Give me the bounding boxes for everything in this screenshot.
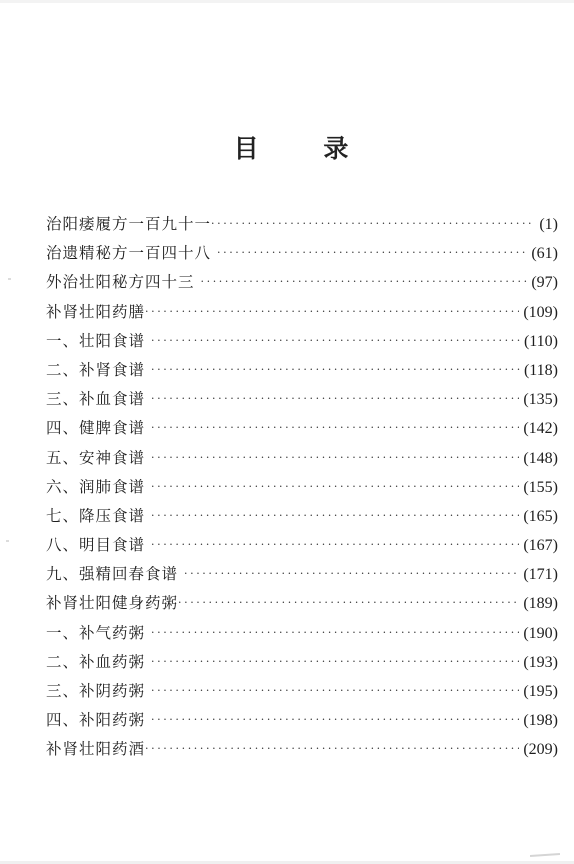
toc-entry-label: 补肾壮阳健身药粥 [46, 589, 178, 618]
leader-dots [211, 209, 535, 238]
toc-entry-label: 三、补阴药粥 [46, 677, 151, 706]
toc-entry[interactable]: 三、补阴药粥 (195) [46, 677, 558, 706]
toc-entry[interactable]: 治阳痿履方一百九十一 (1) [46, 210, 558, 239]
toc-entry[interactable]: 补肾壮阳药膳 (109) [46, 298, 558, 327]
leader-dots [184, 559, 519, 588]
scan-speck [8, 278, 11, 280]
toc-entry-page: (148) [523, 444, 558, 473]
toc-entry-label: 九、强精回春食谱 [46, 560, 184, 589]
table-of-contents: 治阳痿履方一百九十一 (1) 治遗精秘方一百四十八 (61) 外治壮阳秘方四十三… [46, 210, 558, 765]
toc-entry-page: (142) [523, 414, 558, 443]
toc-entry[interactable]: 外治壮阳秘方四十三 (97) [46, 268, 558, 297]
toc-entry[interactable]: 五、安神食谱 (148) [46, 444, 558, 473]
toc-entry[interactable]: 八、明目食谱 (167) [46, 531, 558, 560]
toc-entry-page: (209) [523, 735, 558, 764]
toc-entry[interactable]: 七、降压食谱 (165) [46, 502, 558, 531]
toc-entry-page: (97) [531, 268, 558, 297]
toc-entry-label: 五、安神食谱 [46, 444, 151, 473]
toc-entry-page: (190) [523, 619, 558, 648]
toc-entry-label: 三、补血食谱 [46, 385, 151, 414]
leader-dots [151, 326, 520, 355]
toc-entry-page: (118) [524, 356, 558, 385]
toc-entry-label: 治阳痿履方一百九十一 [46, 210, 211, 239]
toc-entry-label: 一、壮阳食谱 [46, 327, 151, 356]
leader-dots [151, 530, 519, 559]
leader-dots [151, 384, 519, 413]
toc-entry-label: 二、补血药粥 [46, 648, 151, 677]
toc-entry-page: (167) [523, 531, 558, 560]
toc-entry[interactable]: 三、补血食谱 (135) [46, 385, 558, 414]
toc-entry-page: (61) [531, 239, 558, 268]
toc-entry[interactable]: 六、润肺食谱 (155) [46, 473, 558, 502]
toc-entry[interactable]: 一、壮阳食谱 (110) [46, 327, 558, 356]
toc-entry-page: (171) [523, 560, 558, 589]
toc-entry-page: (1) [539, 210, 558, 239]
toc-entry[interactable]: 九、强精回春食谱 (171) [46, 560, 558, 589]
toc-entry[interactable]: 四、健脾食谱 (142) [46, 414, 558, 443]
toc-entry[interactable]: 二、补血药粥 (193) [46, 648, 558, 677]
toc-entry[interactable]: 一、补气药粥 (190) [46, 619, 558, 648]
page-title: 目 录 [0, 129, 574, 165]
leader-dots [151, 501, 519, 530]
toc-entry-label: 七、降压食谱 [46, 502, 151, 531]
leader-dots [151, 705, 519, 734]
toc-entry-label: 治遗精秘方一百四十八 [46, 239, 217, 268]
toc-entry-page: (195) [523, 677, 558, 706]
leader-dots [151, 618, 519, 647]
toc-entry[interactable]: 二、补肾食谱 (118) [46, 356, 558, 385]
toc-entry-page: (135) [523, 385, 558, 414]
toc-entry-page: (193) [523, 648, 558, 677]
leader-dots [151, 472, 519, 501]
leader-dots [201, 267, 528, 296]
toc-entry[interactable]: 补肾壮阳健身药粥 (189) [46, 589, 558, 618]
toc-entry-label: 二、补肾食谱 [46, 356, 151, 385]
toc-entry-label: 六、润肺食谱 [46, 473, 151, 502]
toc-entry-label: 八、明目食谱 [46, 531, 151, 560]
leader-dots [151, 443, 519, 472]
toc-entry-page: (155) [523, 473, 558, 502]
leader-dots [178, 588, 519, 617]
scan-speck [6, 540, 9, 542]
leader-dots [151, 676, 519, 705]
toc-entry-page: (165) [523, 502, 558, 531]
toc-entry-label: 补肾壮阳药酒 [46, 735, 145, 764]
leader-dots [217, 238, 527, 267]
toc-entry-label: 一、补气药粥 [46, 619, 151, 648]
toc-entry-label: 四、健脾食谱 [46, 414, 151, 443]
toc-entry-page: (109) [523, 298, 558, 327]
toc-entry-label: 外治壮阳秘方四十三 [46, 268, 201, 297]
toc-entry[interactable]: 治遗精秘方一百四十八 (61) [46, 239, 558, 268]
toc-entry-label: 补肾壮阳药膳 [46, 298, 145, 327]
toc-entry-page: (189) [523, 589, 558, 618]
toc-entry-page: (198) [523, 706, 558, 735]
scan-mark [530, 853, 560, 857]
scan-top-edge [0, 0, 574, 3]
leader-dots [145, 297, 519, 326]
leader-dots [151, 355, 520, 384]
toc-entry-page: (110) [524, 327, 558, 356]
leader-dots [151, 647, 519, 676]
toc-entry[interactable]: 四、补阳药粥 (198) [46, 706, 558, 735]
toc-entry[interactable]: 补肾壮阳药酒 (209) [46, 735, 558, 764]
leader-dots [151, 413, 519, 442]
toc-entry-label: 四、补阳药粥 [46, 706, 151, 735]
leader-dots [145, 734, 519, 763]
